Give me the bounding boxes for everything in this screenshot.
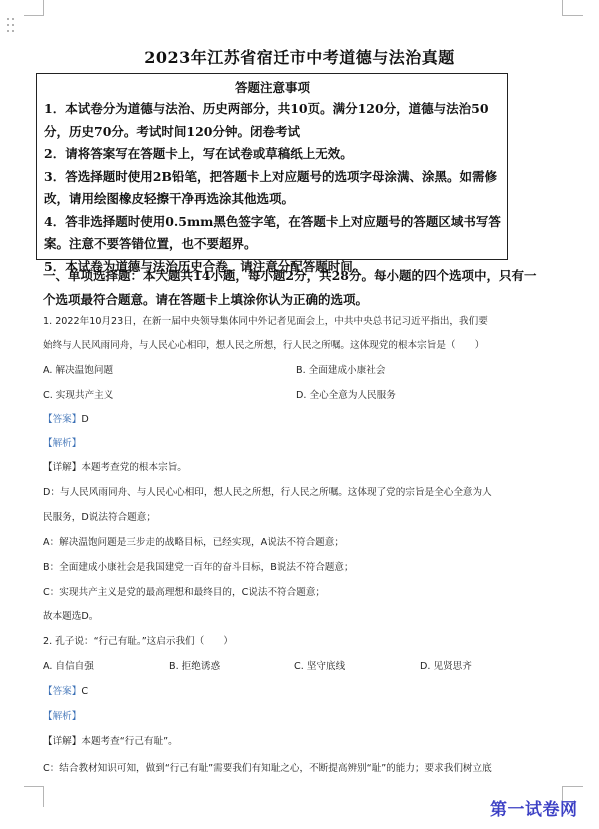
q2-stem: 2. 孔子说：“行己有耻。”这启示我们（ ） [43,636,563,648]
q1-analysis: 【解析】 [43,438,563,450]
q1-option-b: B. 全面建成小康社会 [296,365,536,377]
page-corner-mark-top-left [24,0,44,16]
q2-option-c: C. 坚守底线 [294,661,414,673]
notice-line: 1．本试卷分为道德与法治、历史两部分，共10页。满分120分，道德与法治50 [44,98,501,121]
q2-analysis: 【解析】 [43,711,563,723]
q1-explanation-line: D：与人民风雨同舟、与人民心心相印，想人民之所想，行人民之所嘱。这体现了党的宗旨… [43,487,563,499]
q1-option-c: C. 实现共产主义 [43,390,283,402]
notice-box: 答题注意事项 1．本试卷分为道德与法治、历史两部分，共10页。满分120分，道德… [36,73,508,260]
detail-intro: 本题考查“行己有耻”。 [81,736,177,747]
section-heading: 一、单项选择题：本大题共14小题，每小题2分，共28分。每小题的四个选项中，只有… [43,264,563,312]
q1-explanation-line: C：实现共产主义是党的最高理想和最终目的，C说法不符合题意； [43,587,563,599]
notice-line: 案。注意不要答错位置，也不要超界。 [44,233,501,256]
q1-conclusion: 故本题选D。 [43,611,563,623]
watermark-logo: 第一试卷网 [490,795,578,820]
q2-option-b: B. 拒绝诱惑 [169,661,289,673]
answer-tag: 【答案】 [43,414,81,425]
notice-line: 改，请用绘图橡皮轻擦干净再选涂其他选项。 [44,188,501,211]
notice-heading: 答题注意事项 [44,78,501,98]
q1-answer: 【答案】D [43,414,563,426]
analysis-tag: 【解析】 [43,711,81,722]
q1-stem-line: 始终与人民风雨同舟，与人民心心相印，想人民之所想，行人民之所嘱。这体现党的根本宗… [43,340,563,352]
page-corner-mark-top-right [562,0,583,16]
q1-explanation-line: A：解决温饱问题是三步走的战略目标，已经实现，A说法不符合题意； [43,537,563,549]
drag-handle-icon[interactable] [7,18,17,34]
q1-option-a: A. 解决温饱问题 [43,365,283,377]
q2-explanation-line: C：结合教材知识可知，做到“行己有耻”需要我们有知耻之心，不断提高辨别“耻”的能… [43,763,563,775]
q1-detail: 【详解】本题考查党的根本宗旨。 [43,462,563,474]
page-title: 2023年江苏省宿迁市中考道德与法治真题 [0,45,599,68]
q1-explanation-line: 民服务，D说法符合题意； [43,512,563,524]
detail-tag: 【详解】 [43,736,81,747]
detail-intro: 本题考查党的根本宗旨。 [81,462,187,473]
notice-line: 3．答选择题时使用2B铅笔，把答题卡上对应题号的选项字母涂满、涂黑。如需修 [44,166,501,189]
q1-explanation-line: B：全面建成小康社会是我国建党一百年的奋斗目标，B说法不符合题意； [43,562,563,574]
q2-detail: 【详解】本题考查“行己有耻”。 [43,736,563,748]
notice-line: 分，历史70分。考试时间120分钟。闭卷考试 [44,121,501,144]
notice-line: 2．请将答案写在答题卡上，写在试卷或草稿纸上无效。 [44,143,501,166]
analysis-tag: 【解析】 [43,438,81,449]
answer-value: C [81,686,88,697]
detail-tag: 【详解】 [43,462,81,473]
page-corner-mark-bottom-left [24,786,44,807]
section-heading-line: 个选项最符合题意。请在答题卡上填涂你认为正确的选项。 [43,288,563,312]
q2-answer: 【答案】C [43,686,563,698]
q2-option-a: A. 自信自强 [43,661,163,673]
notice-line: 4．答非选择题时使用0.5mm黑色签字笔，在答题卡上对应题号的答题区域书写答 [44,211,501,234]
q1-option-d: D. 全心全意为人民服务 [296,390,536,402]
q2-option-d: D. 见贤思齐 [420,661,540,673]
answer-tag: 【答案】 [43,686,81,697]
q1-stem-line: 1. 2022年10月23日，在新一届中央领导集体同中外记者见面会上，中共中央总… [43,316,563,328]
answer-value: D [81,414,88,425]
section-heading-line: 一、单项选择题：本大题共14小题，每小题2分，共28分。每小题的四个选项中，只有… [43,264,563,288]
